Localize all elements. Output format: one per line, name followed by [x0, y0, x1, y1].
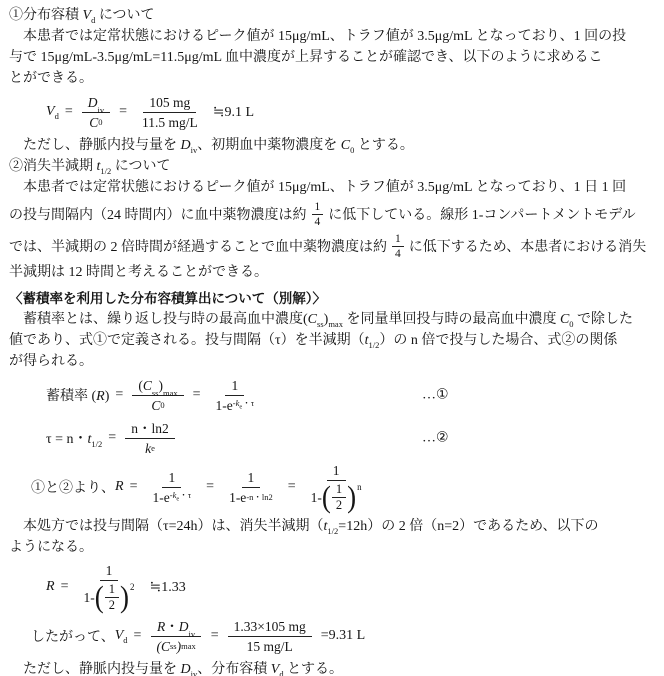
- body-text: =12h）の 2 倍（n=2）であるため、以下の: [338, 519, 598, 534]
- body-line: 本患者では定常状態におけるピーク値が 15μg/mL、トラフ値が 3.5μg/m…: [9, 26, 656, 47]
- den-base: 1-: [83, 590, 94, 605]
- var-sub: 1/2: [369, 340, 380, 350]
- inline-fraction-quarter: 14: [312, 201, 324, 228]
- var: D: [88, 95, 98, 110]
- formula-result: =9.31 L: [321, 628, 365, 644]
- body-text: に低下している。線形 1-コンパートメントモデル: [328, 204, 635, 224]
- body-text: を同量単回投与時の最高血中濃度: [343, 312, 560, 327]
- equals-sign: =: [288, 479, 296, 495]
- fraction-numerator: 105 mg: [143, 95, 196, 113]
- equals-sign: =: [115, 387, 123, 403]
- fraction-denominator: 1- ( 12 ) n: [305, 481, 368, 512]
- formula-lead-text: したがって、: [31, 626, 115, 646]
- body-line-with-fraction: では、半減期の 2 倍時間が経過することで血中薬物濃度は約 14 に低下するため…: [9, 230, 656, 262]
- equals-sign: =: [108, 430, 116, 446]
- var-sub-max: max: [328, 319, 343, 329]
- equation-tag-2: …②: [422, 430, 449, 447]
- fraction-numerator: 1: [327, 463, 346, 481]
- var-C0: C: [341, 138, 350, 153]
- var: C: [143, 378, 152, 393]
- var-sub: d: [123, 635, 127, 645]
- open-paren: (: [322, 482, 331, 512]
- formula-r-value: R = 1 1- ( 12 ) 2 ≒1.33: [46, 561, 656, 613]
- den-base: 1-e: [216, 398, 233, 413]
- equals-sign: =: [211, 628, 219, 644]
- heading-text: について: [95, 8, 154, 23]
- heading-text: ①分布容積: [9, 8, 83, 23]
- fraction-numerator: R・Div: [151, 619, 201, 637]
- fraction-div-c0: Div C0: [82, 95, 110, 130]
- fraction-nln2-ke: n・ln2 ke: [125, 421, 175, 456]
- fraction-numerator: 1: [312, 201, 324, 215]
- formula-vd-final: したがって、 Vd = R・Div (Css)max = 1.33×105 mg…: [31, 616, 656, 656]
- fraction-numerator: 1: [242, 470, 261, 488]
- body-line-with-fraction: の投与間隔内（24 時間内）に血中薬物濃度は約 14 に低下している。線形 1-…: [9, 198, 656, 230]
- label-text: 蓄積率 (: [46, 389, 96, 404]
- body-line: 値であり、式①で定義される。投与間隔（τ）を半減期（t1/2）の n 倍で投与し…: [9, 330, 656, 351]
- var-Vd: Vd: [115, 628, 128, 644]
- formula-tau: τ = n・t1/2 = n・ln2 ke …②: [46, 418, 656, 458]
- den-base: 1-e: [229, 490, 246, 505]
- den-base: 1-e: [152, 490, 169, 505]
- body-line: ようになる。: [9, 537, 656, 558]
- equals-sign: =: [193, 387, 201, 403]
- var-Div: D: [181, 138, 191, 153]
- fraction-exp-nln2: 1 1-e-n・ln2: [223, 470, 279, 505]
- fraction-numerator: 1: [392, 233, 404, 247]
- body-line: 半減期は 12 時間と考えることができる。: [9, 262, 656, 283]
- var-R: R: [96, 389, 105, 404]
- body-text: の投与間隔内（24 時間内）に血中薬物濃度は約: [9, 204, 307, 224]
- fraction-denominator: C0: [145, 396, 170, 413]
- equals-sign: =: [134, 628, 142, 644]
- dot: ・: [165, 619, 179, 634]
- exponent-2: 2: [130, 580, 135, 595]
- paren-group: ( 12 ) n: [322, 483, 362, 512]
- formula-lhs: τ = n・t1/2: [46, 428, 102, 448]
- alt-section-heading: 〈蓄積率を利用した分布容積算出について（別解）〉: [9, 288, 656, 309]
- body-text: 本処方では投与間隔（τ=24h）は、消失半減期（: [9, 519, 324, 534]
- note-text: とする。: [284, 662, 344, 676]
- half-fraction: 12: [105, 583, 119, 612]
- body-text: 蓄積率とは、繰り返し投与時の最高血中濃度(: [9, 312, 308, 327]
- den-base: 1-: [311, 490, 322, 505]
- heading-text: について: [111, 159, 170, 174]
- inline-fraction-quarter: 14: [392, 233, 404, 260]
- fraction-numerator: 1: [105, 583, 119, 598]
- var-sub: 1/2: [91, 439, 102, 449]
- fraction-numerator: 1: [100, 563, 119, 581]
- fraction-numerator: n・ln2: [125, 421, 175, 439]
- var: C: [151, 398, 160, 413]
- fraction-half-power-n: 1 1- ( 12 ) n: [305, 463, 368, 512]
- fraction-numerator: 1: [332, 483, 346, 498]
- fraction-denominator: 1-e-ke・τ: [210, 396, 261, 413]
- body-line: 本処方では投与間隔（τ=24h）は、消失半減期（t1/2=12h）の 2 倍（n…: [9, 516, 656, 537]
- document-page: ①分布容積 Vd について 本患者では定常状態におけるピーク値が 15μg/mL…: [0, 0, 664, 676]
- fraction-denominator: 4: [312, 215, 324, 228]
- label-text: ): [105, 389, 110, 404]
- equals-sign: =: [130, 479, 138, 495]
- fraction-denominator: ke: [139, 439, 161, 456]
- body-text: で除した: [574, 312, 634, 327]
- section2-heading: ②消失半減期 t1/2 について: [9, 156, 656, 177]
- fraction-numerator: (Css)max: [132, 378, 183, 396]
- formula-lead-text: ①と②より、: [31, 477, 115, 497]
- fraction-numerator: Div: [82, 95, 110, 113]
- formula-accumulation-rate: 蓄積率 (R) = (Css)max C0 = 1 1-e-ke・τ …①: [46, 375, 656, 415]
- fraction-numerator: 1.33×105 mg: [228, 619, 312, 637]
- fraction-denominator: 1-e-n・ln2: [223, 488, 279, 505]
- formula-result: ≒9.1 L: [213, 104, 254, 121]
- note-text: 、分布容積: [197, 662, 271, 676]
- note-line: ただし、静脈内投与量を Div、初期血中薬物濃度を C0 とする。: [9, 135, 656, 156]
- var-R: R: [157, 619, 165, 634]
- fraction-numerator: 1: [225, 378, 244, 396]
- var: V: [115, 628, 124, 643]
- var-C0: C: [560, 312, 569, 327]
- body-text: に低下するため、本患者における消失: [409, 236, 646, 256]
- fraction-105-115: 105 mg 11.5 mg/L: [136, 95, 204, 130]
- var-R: R: [115, 479, 124, 495]
- exp-text: ・τ: [242, 398, 254, 408]
- note-text: とする。: [354, 138, 414, 153]
- equals-sign: =: [65, 104, 73, 120]
- fraction-denominator: (Css)max: [150, 637, 201, 654]
- note-text: 、初期血中薬物濃度を: [197, 138, 341, 153]
- formula-vd: Vd = Div C0 = 105 mg 11.5 mg/L ≒9.1 L: [46, 92, 656, 132]
- note-line: ただし、静脈内投与量を Div、分布容積 Vd とする。: [9, 659, 656, 676]
- var-sub: ss: [317, 319, 324, 329]
- var-sub: 1/2: [327, 526, 338, 536]
- fraction-exp: 1 1-e-ke・τ: [210, 378, 261, 413]
- exponent-n: n: [357, 480, 362, 495]
- fraction-denominator: 11.5 mg/L: [136, 113, 204, 130]
- close-paren: ): [347, 482, 356, 512]
- exponent: -ke・τ: [170, 495, 191, 500]
- formula-label: 蓄積率 (R): [46, 385, 109, 405]
- half-fraction: 12: [332, 483, 346, 512]
- var-Vd: Vd: [46, 104, 59, 120]
- lhs-text: τ = n・: [46, 432, 88, 447]
- body-line: 本患者では定常状態におけるピーク値が 15μg/mL、トラフ値が 3.5μg/m…: [9, 177, 656, 198]
- fraction-rdiv-cssmax: R・Div (Css)max: [150, 619, 201, 654]
- equals-sign: =: [119, 104, 127, 120]
- fraction-denominator: 2: [332, 498, 346, 512]
- section1-heading: ①分布容積 Vd について: [9, 5, 656, 26]
- fraction-numerator: 1: [162, 470, 181, 488]
- note-text: ただし、静脈内投与量を: [9, 662, 181, 676]
- body-line: が得られる。: [9, 351, 656, 372]
- fraction-denominator: 1-e-ke・τ: [146, 488, 197, 505]
- var-Div: D: [181, 662, 191, 676]
- heading-text: ②消失半減期: [9, 159, 97, 174]
- var-Css: C: [308, 312, 317, 327]
- body-line: 与で 15μg/mL-3.5μg/mL=11.5μg/mL 血中濃度が上昇するこ…: [9, 47, 656, 68]
- paren-group: ( 12 ) 2: [95, 583, 135, 612]
- open-paren: (: [95, 582, 104, 612]
- fraction-denominator: 2: [105, 598, 119, 612]
- equation-tag-1: …①: [422, 387, 449, 404]
- body-text: 値であり、式①で定義される。投与間隔（τ）を半減期（: [9, 333, 365, 348]
- fraction-cssmax-c0: (Css)max C0: [132, 378, 183, 413]
- equals-sign: =: [206, 479, 214, 495]
- var-R: R: [46, 579, 55, 595]
- equals-sign: =: [61, 579, 69, 595]
- body-text: では、半減期の 2 倍時間が経過することで血中薬物濃度は約: [9, 236, 387, 256]
- var-Vd: V: [83, 8, 92, 23]
- note-text: ただし、静脈内投与量を: [9, 138, 181, 153]
- var-Css: C: [161, 639, 170, 654]
- exp-text: ・τ: [179, 490, 191, 500]
- fraction-half-power-2: 1 1- ( 12 ) 2: [77, 563, 140, 612]
- formula-result: ≒1.33: [149, 579, 185, 596]
- exponent: -ke・τ: [233, 403, 254, 408]
- formula-combined: ①と②より、R = 1 1-e-ke・τ = 1 1-e-n・ln2 = 1 1…: [31, 461, 656, 513]
- var: V: [46, 104, 55, 119]
- var-sub: d: [55, 111, 59, 121]
- fraction-exp-ke: 1 1-e-ke・τ: [146, 470, 197, 505]
- fraction-denominator: 15 mg/L: [241, 637, 299, 654]
- close-paren: ): [120, 582, 129, 612]
- fraction-denominator: C0: [83, 113, 108, 130]
- var-sub: 1/2: [100, 166, 111, 176]
- fraction-denominator: 1- ( 12 ) 2: [77, 581, 140, 612]
- var: C: [89, 115, 98, 130]
- body-line: とができる。: [9, 68, 656, 89]
- body-line: 蓄積率とは、繰り返し投与時の最高血中濃度(Css)max を同量単回投与時の最高…: [9, 309, 656, 330]
- fraction-denominator: 4: [392, 247, 404, 260]
- fraction-numbers: 1.33×105 mg 15 mg/L: [228, 619, 312, 654]
- var-Div: D: [179, 619, 189, 634]
- body-text: ）の n 倍で投与した場合、式②の関係: [379, 333, 617, 348]
